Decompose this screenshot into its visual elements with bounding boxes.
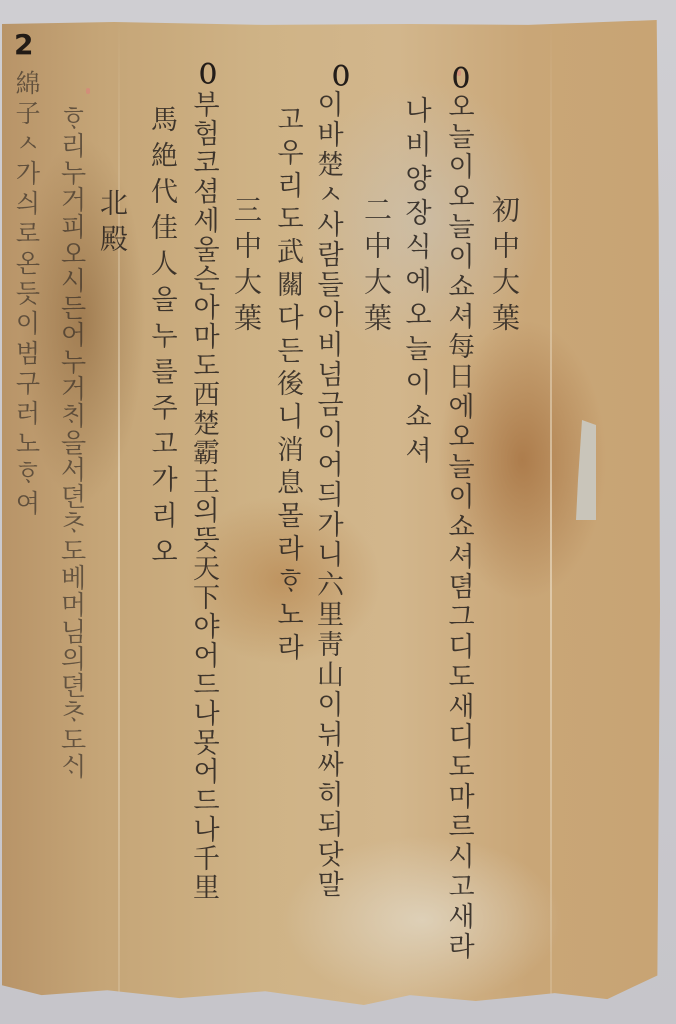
section-heading: 三中大葉 <box>232 195 260 339</box>
text-column: 綿子ㅅ가싀로온듯이범구러노ᄒᆞ여 <box>14 70 39 520</box>
text-column: 馬絶代佳人을누를주고가리오 <box>148 105 175 573</box>
text-column: 나비양장식에오늘이쇼셔 <box>402 96 429 470</box>
text-column: 고우리도武關다든後니消息몰라ᄒᆞ노라 <box>274 105 301 666</box>
text-column: 부험코셤세울슨아마도西楚霸王의뜻天下야어드나못어드나千里 <box>190 90 217 902</box>
section-heading: 北殿 <box>98 188 126 260</box>
page-number: 2 <box>14 28 33 61</box>
page-fold <box>118 20 120 1005</box>
paper-tear <box>576 420 596 520</box>
circle-marker: ０ <box>448 58 474 95</box>
section-heading: 初中大葉 <box>490 195 518 339</box>
page-fold <box>550 20 552 1005</box>
text-column: 오늘이오늘이쇼셔每日에오늘이쇼셔뎜그디도새디도마르시고새라 <box>445 92 472 962</box>
red-mark <box>86 88 90 94</box>
section-heading: 二中大葉 <box>362 195 390 339</box>
circle-marker: ０ <box>328 56 354 93</box>
circle-marker: ０ <box>195 54 221 91</box>
text-column: ᄒᆞ리누거피오시든어누거ᄎᆡ을서뎐ᄎᆞ도베머님의뎐ᄎᆞ도ᄉᆡ <box>58 105 84 780</box>
text-column: 이바楚ㅅ사람들아비넘금이어듸가니六里靑山이뉘싸히되닷말 <box>314 90 341 900</box>
